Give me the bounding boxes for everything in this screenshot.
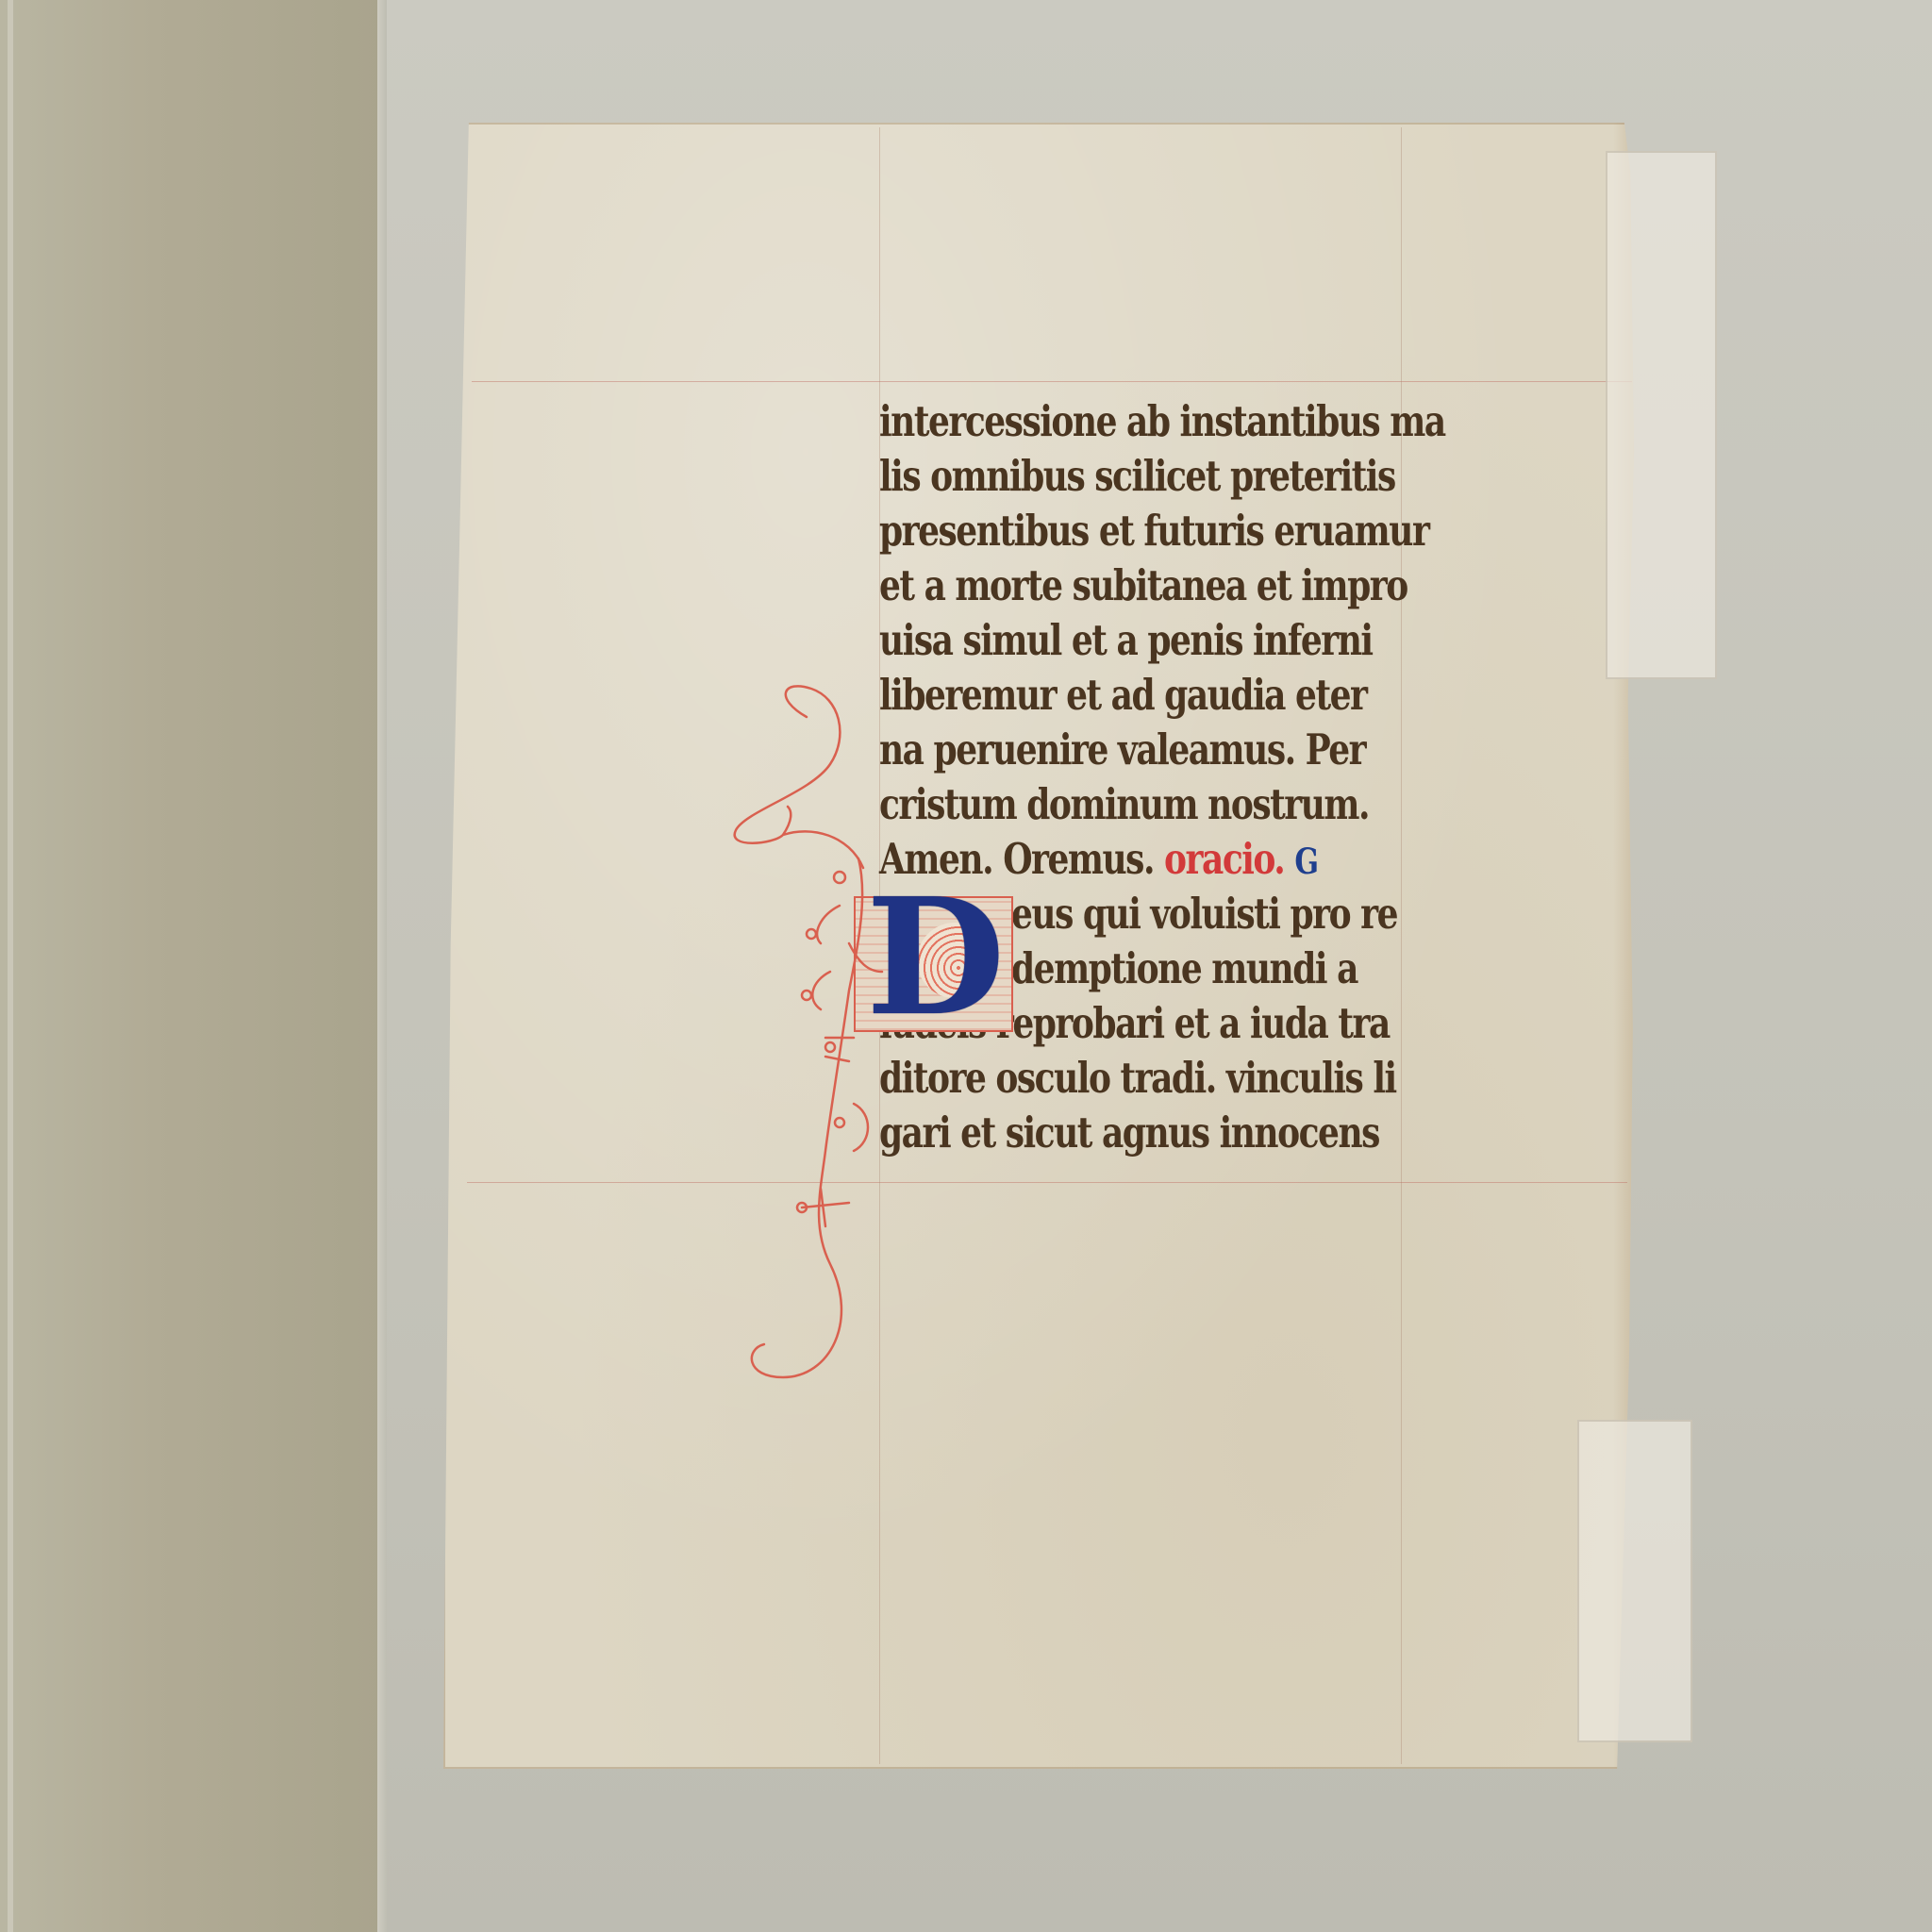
left-backing-board <box>0 0 382 1932</box>
board-edge <box>377 0 387 1932</box>
tape-strip-top <box>1606 151 1717 679</box>
ruling-line-top <box>472 381 1632 382</box>
ruling-line-bottom <box>467 1182 1627 1183</box>
rubric-oracio: oracio. <box>1164 835 1284 885</box>
tape-strip-bottom <box>1577 1420 1692 1742</box>
pen-flourish-ornament <box>717 660 1028 1415</box>
blue-line-filler-mark: G <box>1294 841 1317 883</box>
